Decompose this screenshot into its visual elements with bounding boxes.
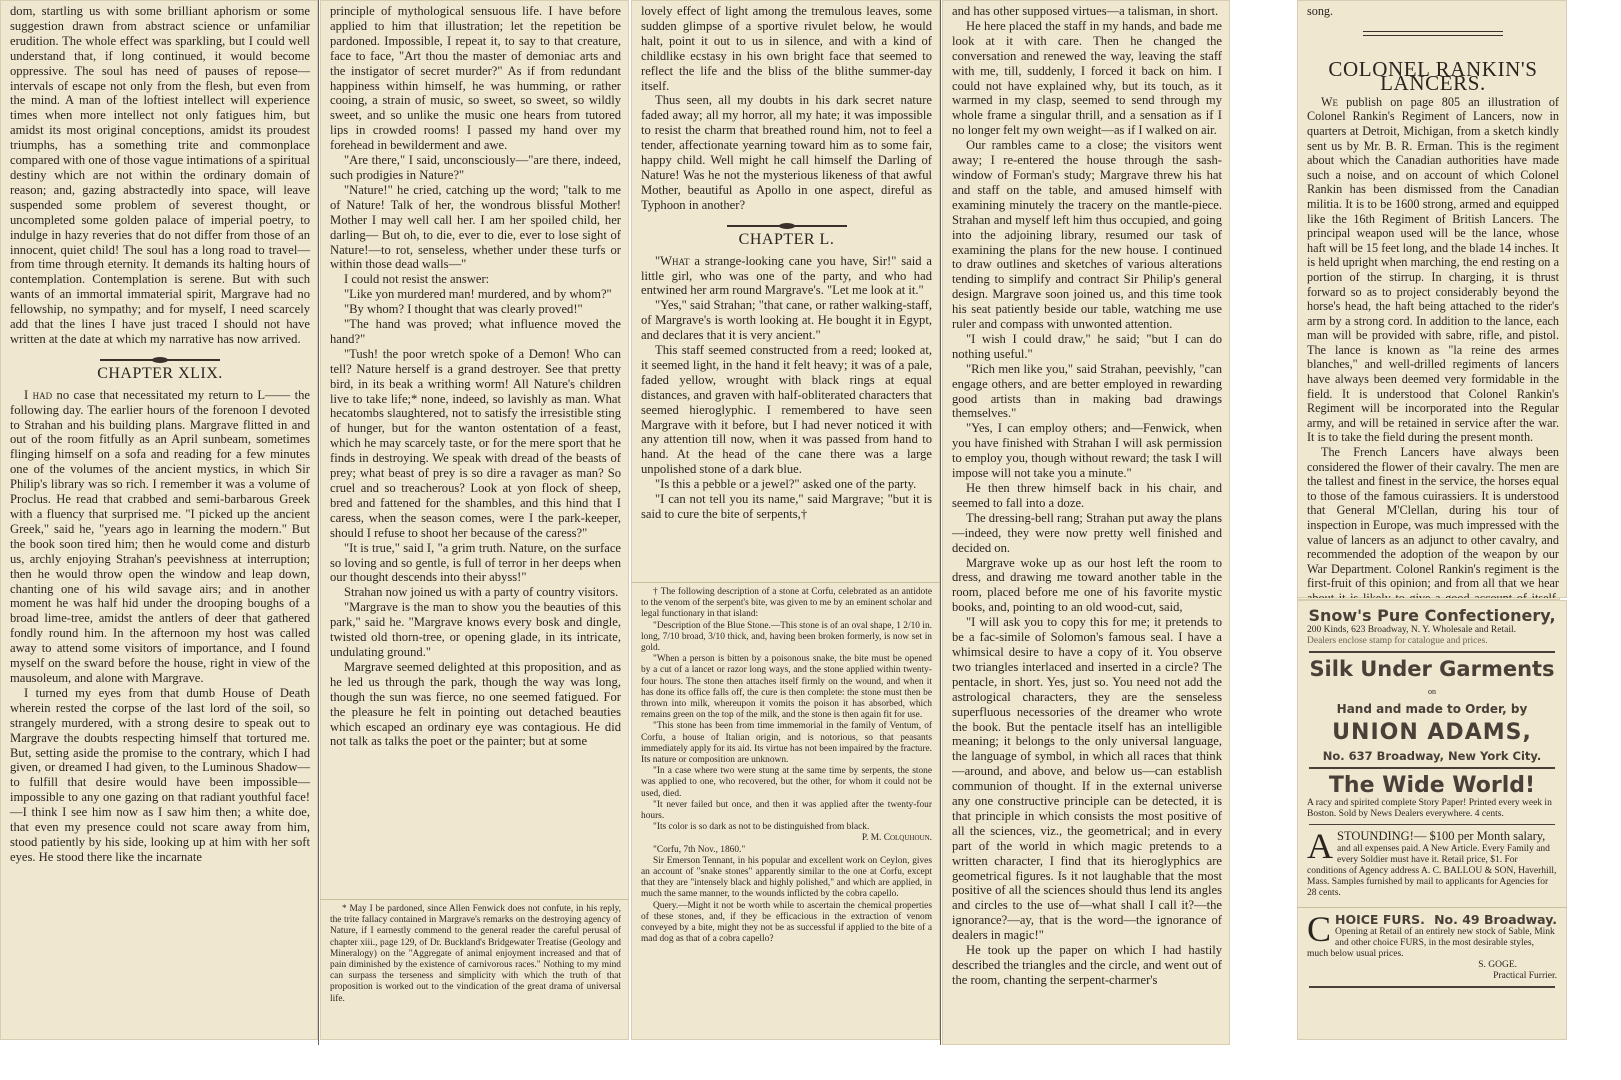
ad-headline: HOICE FURS. (1335, 912, 1425, 927)
paragraph: "Yes, I can employ others; and—Fenwick, … (952, 421, 1222, 481)
ad-divider (1309, 824, 1555, 825)
paragraph: He took up the paper on which I had hast… (952, 943, 1222, 988)
column-3-text: lovely effect of light among the tremulo… (631, 0, 940, 582)
ad-body: A racy and spirited complete Story Paper… (1307, 798, 1557, 820)
paragraph: principle of mythological sensuous life.… (330, 4, 621, 153)
footnote-text: "Its color is so dark as not to be disti… (641, 822, 932, 833)
ornamental-rule (727, 225, 847, 227)
ad-body: and all expenses paid. A New Article. Ev… (1307, 844, 1557, 899)
paragraph: "By whom? I thought that was clearly pro… (330, 302, 621, 317)
ad-title: Silk Under Garments (1307, 657, 1557, 681)
chapter-first-word: I had (24, 388, 52, 402)
paragraph: I turned my eyes from that dumb House of… (10, 686, 310, 865)
paragraph: Thus seen, all my doubts in his dark sec… (641, 93, 932, 212)
paragraph: "I wish I could draw," he said; "but I c… (952, 332, 1222, 362)
footnote-text: † The following description of a stone a… (641, 587, 932, 621)
ad-line: Dealers enclose stamp for catalogue and … (1307, 636, 1557, 647)
paragraph: "Like yon murdered man! murdered, and by… (330, 287, 621, 302)
paragraph: "I will ask you to copy this for me; it … (952, 615, 1222, 943)
ad-title: The Wide World! (1307, 773, 1557, 798)
clipping-column-4: and has other supposed virtues—a talisma… (942, 0, 1230, 1045)
ornamental-rule (100, 359, 220, 361)
paragraph: "Rich men like you," said Strahan, peevi… (952, 362, 1222, 422)
chapter-heading: CHAPTER L. (641, 233, 932, 248)
paragraph: Margrave seemed delighted at this propos… (330, 660, 621, 749)
chapter-first-word: "What (655, 254, 690, 268)
ad-dropcap: A (1307, 831, 1333, 861)
ad-signature: S. GOGE. (1307, 960, 1557, 971)
paragraph: He here placed the staff in my hands, an… (952, 19, 1222, 138)
paragraph: dom, startling us with some brilliant ap… (10, 4, 310, 347)
ad-sub: on (1307, 687, 1557, 696)
paragraph: "Tush! the poor wretch spoke of a Demon!… (330, 347, 621, 541)
ad-choice-furs: C HOICE FURS. No. 49 Broadway. Opening a… (1297, 908, 1567, 982)
ad-headline: STOUNDING!— $100 per Month salary, (1307, 829, 1557, 844)
paragraph: "Nature!" he cried, catching up the word… (330, 183, 621, 272)
ad-snows-confectionery: Snow's Pure Confectionery, 200 Kinds, 62… (1297, 600, 1567, 647)
paragraph: Strahan now joined us with a party of co… (330, 585, 621, 600)
paragraph: "It is true," said I, "a grim truth. Nat… (330, 541, 621, 586)
footnote-text: "In a case where two were stung at the s… (641, 766, 932, 800)
clipping-column-3: lovely effect of light among the tremulo… (631, 0, 940, 1040)
footnote-text: * May I be pardoned, since Allen Fenwick… (330, 904, 621, 1005)
footnote-text: Query.—Might it not be worth while to as… (641, 901, 932, 946)
chapter-heading: CHAPTER XLIX. (10, 367, 310, 382)
paragraph: publish on page 805 an illustration of C… (1307, 95, 1559, 445)
footnote: * May I be pardoned, since Allen Fenwick… (320, 899, 629, 1005)
ad-address: No. 49 Broadway. (1434, 912, 1557, 927)
column-5-text: song. COLONEL RANKIN'S LANCERS. We publi… (1297, 0, 1567, 598)
clipping-column-2: principle of mythological sensuous life.… (320, 0, 629, 1040)
ad-body: Opening at Retail of an entirely new sto… (1307, 927, 1557, 960)
column-4-text: and has other supposed virtues—a talisma… (942, 0, 1230, 988)
ad-divider (1309, 767, 1555, 769)
ad-address: No. 637 Broadway, New York City. (1307, 749, 1557, 763)
paragraph: Margrave woke up as our host left the ro… (952, 556, 1222, 616)
paragraph: lovely effect of light among the tremulo… (641, 4, 932, 93)
paragraph: This staff seemed constructed from a ree… (641, 343, 932, 477)
column-2-text: principle of mythological sensuous life.… (320, 0, 629, 899)
footnote-text: Sir Emerson Tennant, in his popular and … (641, 856, 932, 901)
paragraph: "Margrave is the man to show you the bea… (330, 600, 621, 660)
paragraph: The French Lancers have always been cons… (1307, 445, 1559, 598)
paragraph: and has other supposed virtues—a talisma… (952, 4, 1222, 19)
column-1-text: dom, startling us with some brilliant ap… (0, 0, 318, 865)
ad-title: Snow's Pure Confectionery, (1307, 606, 1557, 625)
paragraph: I could not resist the answer: (330, 272, 621, 287)
paragraph: "Are there," I said, unconsciously—"are … (330, 153, 621, 183)
paragraph: no case that necessitated my return to L… (10, 388, 310, 685)
footnote-text: "It never failed but once, and then it w… (641, 800, 932, 822)
column-rule (940, 0, 941, 1045)
footnote-text: "This stone has been from time immemoria… (641, 721, 932, 766)
fragment: song. (1307, 4, 1559, 19)
column-rule (318, 0, 319, 1045)
ad-wide-world: The Wide World! A racy and spirited comp… (1297, 773, 1567, 820)
ad-line: 200 Kinds, 623 Broadway, N. Y. Wholesale… (1307, 625, 1557, 636)
article-title: COLONEL RANKIN'S LANCERS. (1307, 62, 1559, 91)
ad-name: UNION ADAMS, (1307, 720, 1557, 745)
paragraph: "I can not tell you its name," said Marg… (641, 492, 932, 522)
footnote-dateline: "Corfu, 7th Nov., 1860." (641, 845, 932, 856)
ad-union-adams: Silk Under Garments on Hand and made to … (1297, 657, 1567, 763)
clipping-advertisements: Snow's Pure Confectionery, 200 Kinds, 62… (1297, 600, 1567, 1040)
paragraph: "Is this a pebble or a jewel?" asked one… (641, 477, 932, 492)
footnote-signature: P. M. Colquhoun. (641, 833, 932, 844)
clipping-article-lancers: song. COLONEL RANKIN'S LANCERS. We publi… (1297, 0, 1567, 598)
ad-divider (1309, 986, 1555, 988)
ad-line: Hand and made to Order, by (1307, 702, 1557, 716)
paragraph: "Yes," said Strahan; "that cane, or rath… (641, 298, 932, 343)
paragraph: He then threw himself back in his chair,… (952, 481, 1222, 511)
footnote-text: "When a person is bitten by a poisonous … (641, 654, 932, 721)
ad-divider (1309, 651, 1555, 653)
paragraph: The dressing-bell rang; Strahan put away… (952, 511, 1222, 556)
article-first-word: We (1321, 95, 1338, 109)
ad-astounding: A STOUNDING!— $100 per Month salary, and… (1297, 829, 1567, 899)
ad-dropcap: C (1307, 914, 1331, 944)
footnote: † The following description of a stone a… (631, 582, 940, 946)
footnote-text: "Description of the Blue Stone.—This sto… (641, 621, 932, 655)
ad-signature-title: Practical Furrier. (1307, 971, 1557, 982)
paragraph: "The hand was proved; what influence mov… (330, 317, 621, 347)
paragraph: Our rambles came to a close; the visitor… (952, 138, 1222, 332)
double-rule (1363, 31, 1503, 36)
clipping-column-1: dom, startling us with some brilliant ap… (0, 0, 318, 1040)
